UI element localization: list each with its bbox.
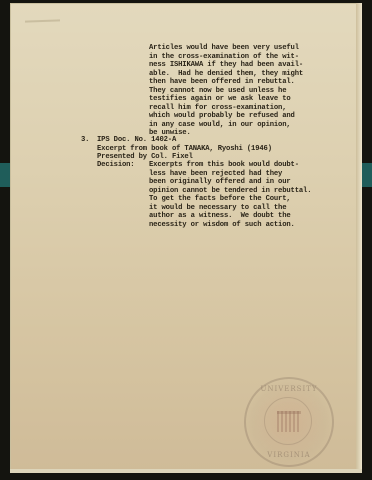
continuation-paragraph: Articles would have been very useful in … — [149, 44, 303, 138]
seal-bottom-text: VIRGINIA — [246, 451, 332, 459]
page-edge — [356, 3, 362, 473]
decision-label: Decision: — [97, 161, 134, 170]
item-heading: IPS Doc. No. 1402-A Excerpt from book of… — [97, 136, 272, 162]
rotunda-icon — [277, 411, 301, 432]
seal-top-text: UNIVERSITY — [246, 385, 332, 393]
page-edge-bottom — [10, 469, 362, 473]
university-seal-watermark: UNIVERSITY VIRGINIA — [244, 377, 334, 467]
paper-crease — [25, 19, 60, 22]
decision-text: Excerpts from this book would doubt- les… — [149, 161, 311, 229]
item-number: 3. — [81, 136, 89, 145]
